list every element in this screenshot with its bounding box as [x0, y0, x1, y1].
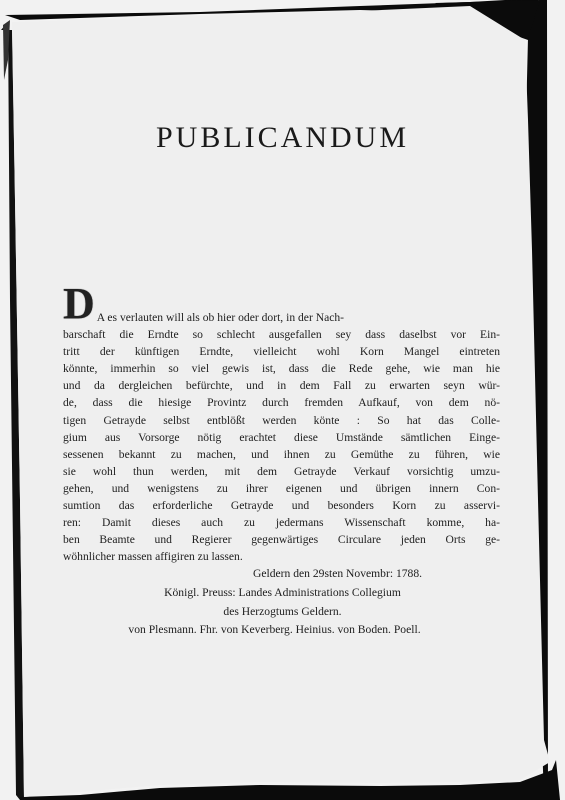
body-line: ren: Damit dieses auch zu jedermans Wiss…: [63, 514, 500, 531]
date-line: Geldern den 29sten Novembr: 1788.: [253, 567, 422, 580]
body-first-line: A es verlauten will als ob hier oder dor…: [63, 286, 500, 326]
signature-duchy: des Herzogtums Geldern.: [0, 605, 565, 618]
body-line: tigen Getrayde selbst entblößt werden kö…: [63, 412, 500, 429]
document-body: D A es verlauten will als ob hier oder d…: [63, 286, 500, 565]
body-line: sie wohl thun werden, mit dem Getrayde V…: [63, 463, 500, 480]
body-line: und da dergleichen befürchte, und in dem…: [63, 377, 500, 394]
drop-cap-initial: D: [63, 286, 95, 324]
document-title: PUBLICANDUM: [0, 121, 565, 155]
body-line: sumtion das erforderliche Getrayde und b…: [63, 497, 500, 514]
body-line: wöhnlicher massen affigiren zu lassen.: [63, 548, 500, 565]
body-line: tritt der künftigen Erndte, vielleicht w…: [63, 343, 500, 360]
body-line: sessenen bekannt zu machen, und ihnen zu…: [63, 446, 500, 463]
body-line: barschaft die Erndte so schlecht ausgefa…: [63, 326, 500, 343]
body-line: gehen, und wenigstens zu ihrer eigenen u…: [63, 480, 500, 497]
body-line: könnte, immerhin so viel gewis ist, dass…: [63, 360, 500, 377]
body-line: gium aus Vorsorge nötig erachtet diese U…: [63, 429, 500, 446]
body-line: de, dass die hiesige Provintz durch frem…: [63, 394, 500, 411]
signature-names: von Plesmann. Fhr. von Keverberg. Heiniu…: [0, 623, 557, 636]
body-line: ben Beamte und Regierer gegenwärtiges Ci…: [63, 531, 500, 548]
signature-authority: Königl. Preuss: Landes Administrations C…: [0, 586, 565, 599]
